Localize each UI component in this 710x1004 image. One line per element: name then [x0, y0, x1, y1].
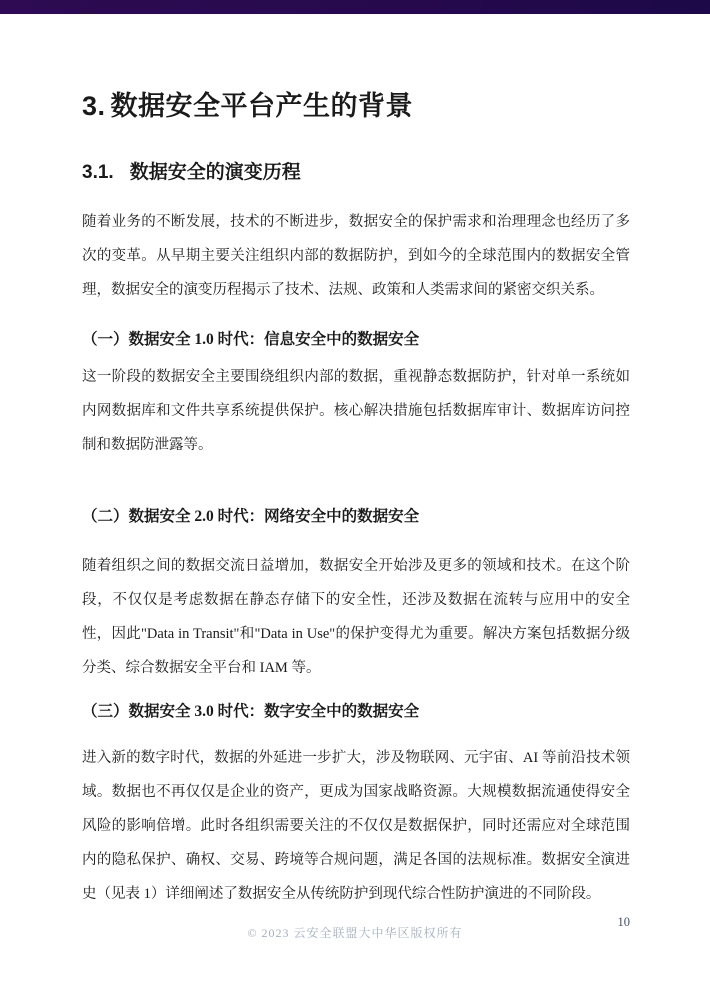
chapter-title: 3.数据安全平台产生的背景: [82, 84, 413, 123]
subsection-3-body: 进入新的数字时代，数据的外延进一步扩大，涉及物联网、元宇宙、AI 等前沿技术领域…: [82, 741, 630, 911]
subsection-1-body: 这一阶段的数据安全主要围绕组织内部的数据，重视静态数据防护，针对单一系统如内网数…: [82, 360, 630, 462]
subsection-2-heading: （二）数据安全 2.0 时代：网络安全中的数据安全: [82, 504, 419, 526]
page-number: 10: [618, 915, 631, 930]
document-page: 3.数据安全平台产生的背景 3.1.数据安全的演变历程 随着业务的不断发展，技术…: [0, 0, 710, 1004]
intro-paragraph: 随着业务的不断发展，技术的不断进步，数据安全的保护需求和治理理念也经历了多次的变…: [82, 205, 630, 307]
section-number: 3.1.: [82, 162, 114, 183]
section-title: 3.1.数据安全的演变历程: [82, 157, 301, 184]
subsection-1-heading: （一）数据安全 1.0 时代：信息安全中的数据安全: [82, 327, 419, 349]
chapter-title-text: 数据安全平台产生的背景: [111, 91, 414, 121]
subsection-3-heading: （三）数据安全 3.0 时代：数字安全中的数据安全: [82, 699, 419, 721]
subsection-2-body: 随着组织之间的数据交流日益增加，数据安全开始涉及更多的领域和技术。在这个阶段，不…: [82, 549, 630, 685]
header-accent-bar: [0, 0, 710, 14]
chapter-number: 3.: [82, 91, 106, 121]
footer-copyright: © 2023 云安全联盟大中华区版权所有: [0, 924, 710, 941]
section-title-text: 数据安全的演变历程: [130, 162, 301, 183]
